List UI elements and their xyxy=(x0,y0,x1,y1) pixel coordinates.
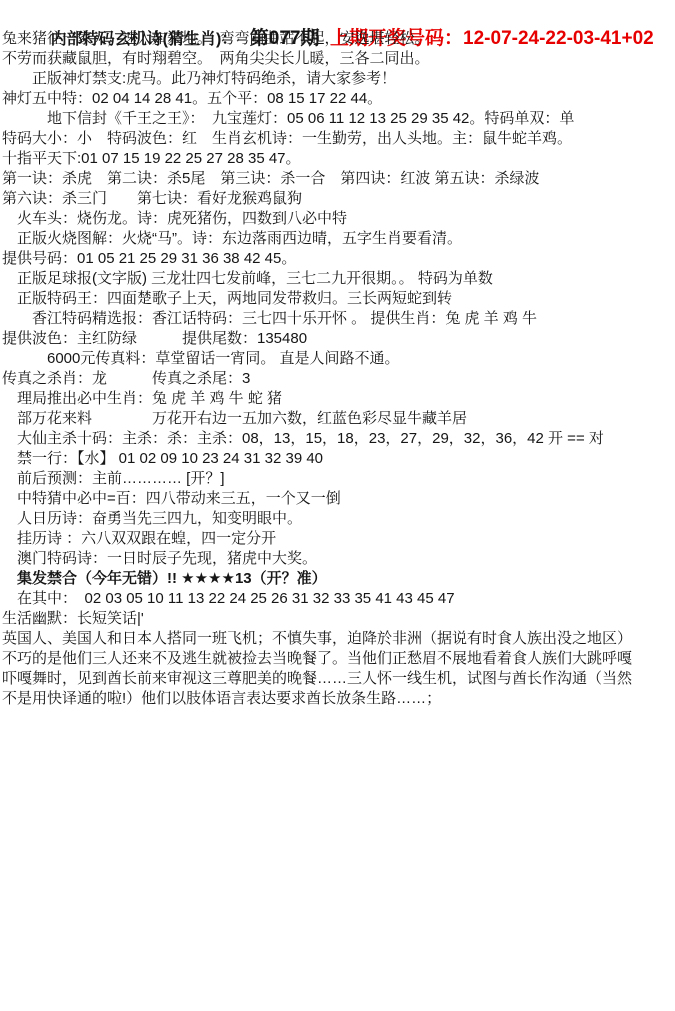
line-shendeng-wuzhongte: 神灯五中特：02 04 14 28 41。五个平：08 15 17 22 44。 xyxy=(2,89,673,109)
line-shendeng-jinzhi: 正版神灯禁支:虎马。此乃神灯特码绝杀，请大家参考！ xyxy=(2,69,673,89)
line-aomen-temashi: 澳门特码诗：一日时辰子先现，猪虎中大奖。 xyxy=(2,549,673,569)
line-temawang: 正版特码王：四面楚歌子上天，两地同发带救归。三长两短蛇到转 xyxy=(2,289,673,309)
line-daxian-zhusha: 大仙主杀十码：主杀：杀：主杀：08，13，15，18，23，27，29，32，3… xyxy=(2,429,673,449)
header-line: 内部特码玄机诗(猜生肖)： 第077期 上期开奖号码：12-07-24-22-0… xyxy=(2,3,673,27)
line-renri-lishi: 人日历诗：奋勇当先三四九，知变明眼中。 xyxy=(2,509,673,529)
line-huoshao-tujie: 正版火烧图解：火烧“马”。诗：东边落雨西边晴，五字生肖要看清。 xyxy=(2,229,673,249)
document: 内部特码玄机诗(猜生肖)： 第077期 上期开奖号码：12-07-24-22-0… xyxy=(0,0,675,709)
line-wanhua: 部万花来料 万花开右边一五加六数，红蓝色彩尽显牛藏羊居 xyxy=(2,409,673,429)
line-zuqiubao: 正版足球报(文字版) 三龙壮四七发前峰，三七二九开很期。。 特码为单数 xyxy=(2,269,673,289)
line-dixia-xinfeng: 地下信封《千王之王》： 九宝莲灯：05 06 11 12 13 25 29 35… xyxy=(2,109,673,129)
line-bizhong-shengxiao: 理局推出必中生肖：兔 虎 羊 鸡 牛 蛇 猪 xyxy=(2,389,673,409)
last-draw-numbers: 12-07-24-22-03-41+02 xyxy=(463,28,654,49)
line-joke-3: 吓嘎舞时，见到酋长前来审视这三尊肥美的晚餐……三人怀一线生机，试图与酋长作沟通（… xyxy=(2,669,673,689)
line-jue-6to7: 第六诀：杀三门 第七诀：看好龙猴鸡鼠狗 xyxy=(2,189,673,209)
line-jue-1to5: 第一诀：杀虎 第二诀：杀5尾 第三诀：杀一合 第四诀：红波 第五诀：杀绿波 xyxy=(2,169,673,189)
line-joke-4: 不是用快译通的啦!）他们以肢体语言表达要求酋长放条生路……； xyxy=(2,689,673,709)
line-jin-yihang: 禁一行：【水】 01 02 09 10 23 24 31 32 39 40 xyxy=(2,449,673,469)
line-tigong-haoma: 提供号码：01 05 21 25 29 31 36 38 42 45。 xyxy=(2,249,673,269)
line-chuanzhen-6000: 6000元传真料：草堂留话一宵同。 直是人间路不通。 xyxy=(2,349,673,369)
line-shenghuo-youmo: 生活幽默：长短笑话|' xyxy=(2,609,673,629)
line-shizhi-pingtianxia: 十指平天下:01 07 15 19 22 25 27 28 35 47。 xyxy=(2,149,673,169)
line-xiangjiang: 香江特码精选报：香江话特码：三七四十乐开怀 。 提供生肖：兔 虎 羊 鸡 牛 xyxy=(2,309,673,329)
line-joke-1: 英国人、美国人和日本人搭同一班飞机；不慎失事，迫降於非洲（据说有时食人族出没之地… xyxy=(2,629,673,649)
line-qianhou-yuce: 前后预测：主前………… [开？] xyxy=(2,469,673,489)
line-joke-2: 不巧的是他们三人还来不及逃生就被捡去当晚餐了。当他们正愁眉不展地看着食人族们大跳… xyxy=(2,649,673,669)
line-chuanzhen-shaxiao: 传真之杀肖：龙 传真之杀尾：3 xyxy=(2,369,673,389)
line-zaiqizhong: 在其中： 02 03 05 10 11 13 22 24 25 26 31 32… xyxy=(2,589,673,609)
line-poem-2: 不劳而获藏鼠胆，有时翔碧空。 两角尖尖长儿暖，三各二同出。 xyxy=(2,49,673,69)
line-jifa-jinhe: 集发禁合（今年无错）!! ★★★★13（开？准） xyxy=(2,569,673,589)
line-tema-daxiao: 特码大小：小 特码波色：红 生肖玄机诗：一生勤劳，出人头地。主：鼠牛蛇羊鸡。 xyxy=(2,129,673,149)
line-zhongte-cai: 中特猜中必中=百：四八带动来三五，一个又一倒 xyxy=(2,489,673,509)
line-gualishi: 挂历诗 ：六八双双跟在蝗，四一定分开 xyxy=(2,529,673,549)
line-huochetou: 火车头：烧伤龙。诗：虎死猪伤，四数到八必中特 xyxy=(2,209,673,229)
line-tigong-bose: 提供波色：主红防绿 提供尾数：135480 xyxy=(2,329,673,349)
